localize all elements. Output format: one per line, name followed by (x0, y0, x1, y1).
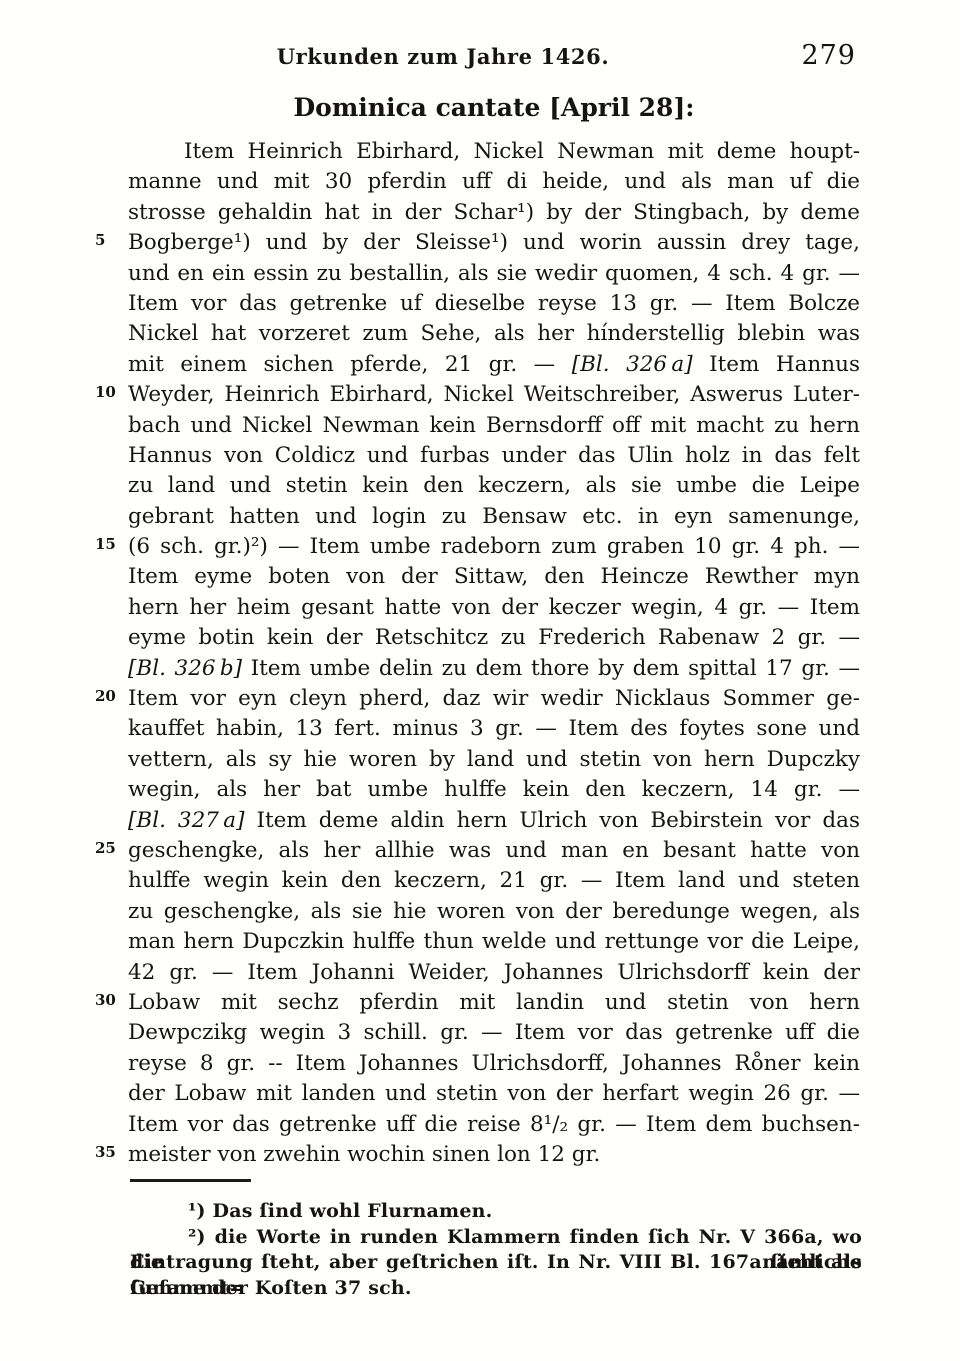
section-heading: Dominica cantate [April 28]: (128, 93, 860, 122)
footnote-line: ſumme der Koſten 37 sch. (130, 1276, 862, 1302)
text-segment: Bogberge¹) und by der Sleisse¹) und wori… (128, 230, 860, 255)
text-segment: Lobaw mit sechz pferdin mit landin und s… (128, 990, 860, 1015)
text-line: zu land und stetin kein den keczern, als… (128, 471, 860, 501)
text-line: 30Lobaw mit sechz pferdin mit landin und… (128, 988, 860, 1018)
text-line: strosse gehaldin hat in der Schar¹) by d… (128, 198, 860, 228)
text-line: kauffet habin, 13 fert. minus 3 gr. — It… (128, 714, 860, 744)
text-segment: vettern, als sy hie woren by land und st… (128, 747, 860, 772)
text-line: 10Weyder, Heinrich Ebirhard, Nickel Weit… (128, 380, 860, 410)
text-line: gebrant hatten und login zu Bensaw etc. … (128, 502, 860, 532)
text-line: hulffe wegin kein den keczern, 21 gr. — … (128, 866, 860, 896)
text-line: Item Heinrich Ebirhard, Nickel Newman mi… (128, 137, 860, 167)
text-segment: man hern Dupczkin hulffe thun welde und … (128, 929, 860, 954)
text-segment: Item vor das getrenke uff die reise 8¹/₂… (128, 1112, 860, 1137)
text-segment: Item Hannus (693, 352, 860, 377)
text-line: Item vor das getrenke uff die reise 8¹/₂… (128, 1110, 860, 1140)
text-segment: mit einem sichen pferde, 21 gr. — (128, 352, 572, 377)
margin-line-number: 15 (95, 529, 116, 559)
footnote-line: ¹) Das ſind wohl Flurnamen. (130, 1199, 862, 1225)
margin-line-number: 20 (95, 681, 116, 711)
text-segment: Nickel hat vorzeret zum Sehe, als her hí… (128, 321, 860, 346)
blatt-reference: [Bl. 326 b] (128, 656, 242, 681)
text-line: mit einem sichen pferde, 21 gr. — [Bl. 3… (128, 350, 860, 380)
text-line: vettern, als sy hie woren by land und st… (128, 745, 860, 775)
text-segment: reyse 8 gr. -- Item Johannes Ulrichsdorf… (128, 1051, 860, 1076)
text-line: 35meister von zwehin wochin sinen lon 12… (128, 1140, 860, 1170)
text-line: hern her heim gesant hatte von der kecze… (128, 593, 860, 623)
margin-line-number: 30 (95, 985, 116, 1015)
text-line: wegin, als her bat umbe hulffe kein den … (128, 775, 860, 805)
text-line: 42 gr. — Item Johanni Weider, Johannes U… (128, 958, 860, 988)
text-line: der Lobaw mit landen und stetin von der … (128, 1079, 860, 1109)
text-segment: Item eyme boten von der Sittaw, den Hein… (128, 564, 860, 589)
blatt-reference: [Bl. 326 a] (572, 352, 693, 377)
scanned-document-page: Urkunden zum Jahre 1426. 279 Dominica ca… (0, 0, 960, 1361)
text-line: 15(6 sch. gr.)²) — Item umbe radeborn zu… (128, 532, 860, 562)
text-segment: der Lobaw mit landen und stetin von der … (128, 1081, 860, 1106)
text-segment: Item vor eyn cleyn pherd, daz wir wedir … (128, 686, 860, 711)
margin-line-number: 10 (95, 377, 116, 407)
text-line: reyse 8 gr. -- Item Johannes Ulrichsdorf… (128, 1049, 860, 1079)
text-line: 5Bogberge¹) und by der Sleisse¹) und wor… (128, 228, 860, 258)
text-line: Item eyme boten von der Sittaw, den Hein… (128, 562, 860, 592)
text-segment: hulffe wegin kein den keczern, 21 gr. — … (128, 868, 860, 893)
text-line: manne und mit 30 pferdin uff di heide, u… (128, 167, 860, 197)
text-line: [Bl. 326 b] Item umbe delin zu dem thore… (128, 654, 860, 684)
text-segment: geschengke, als her allhie was und man e… (128, 838, 860, 863)
text-segment: gebrant hatten und login zu Bensaw etc. … (128, 504, 860, 529)
margin-line-number: 25 (95, 833, 116, 863)
text-segment: kauffet habin, 13 fert. minus 3 gr. — It… (128, 716, 860, 741)
text-line: eyme botin kein der Retschitcz zu Freder… (128, 623, 860, 653)
page-number: 279 (801, 40, 856, 71)
text-line: Item vor das getrenke uf dieselbe reyse … (128, 289, 860, 319)
text-segment: (6 sch. gr.)²) — Item umbe radeborn zum … (128, 534, 860, 559)
text-segment: wegin, als her bat umbe hulffe kein den … (128, 777, 860, 802)
text-line: Dewpczikg wegin 3 schill. gr. — Item vor… (128, 1018, 860, 1048)
text-segment: hern her heim gesant hatte von der kecze… (128, 595, 860, 620)
text-segment: strosse gehaldin hat in der Schar¹) by d… (128, 200, 860, 225)
text-line: Hannus von Coldicz und furbas under das … (128, 441, 860, 471)
text-segment: Item Heinrich Ebirhard, Nickel Newman mi… (184, 139, 860, 164)
text-line: [Bl. 327 a] Item deme aldin hern Ulrich … (128, 806, 860, 836)
footnote-separator-rule (130, 1179, 251, 1182)
running-head-title: Urkunden zum Jahre 1426. (0, 44, 886, 69)
footnote-line: ²) die Worte in runden Klammern finden ſ… (130, 1225, 862, 1251)
margin-line-number: 5 (95, 225, 105, 255)
text-segment: Weyder, Heinrich Ebirhard, Nickel Weitsc… (128, 382, 860, 407)
text-line: bach und Nickel Newman kein Bernsdorff o… (128, 411, 860, 441)
text-segment: bach und Nickel Newman kein Bernsdorff o… (128, 413, 860, 438)
margin-line-number: 35 (95, 1137, 116, 1167)
body-text: Item Heinrich Ebirhard, Nickel Newman mi… (128, 137, 860, 1170)
text-line: man hern Dupczkin hulffe thun welde und … (128, 927, 860, 957)
text-segment: Item umbe delin zu dem thore by dem spit… (242, 656, 860, 681)
footnotes-block: ¹) Das ſind wohl Flurnamen.²) die Worte … (130, 1199, 862, 1301)
footnote-line: Eintragung ſteht, aber geſtrichen iſt. I… (130, 1250, 862, 1276)
text-segment: eyme botin kein der Retschitcz zu Freder… (128, 625, 860, 650)
text-line: zu geschengke, als sie hie woren von der… (128, 897, 860, 927)
text-segment: und en ein essin zu bestallin, als sie w… (128, 261, 860, 286)
text-line: 25geschengke, als her allhie was und man… (128, 836, 860, 866)
text-segment: Dewpczikg wegin 3 schill. gr. — Item vor… (128, 1020, 860, 1045)
text-segment: Item vor das getrenke uf dieselbe reyse … (128, 291, 860, 316)
text-segment: 42 gr. — Item Johanni Weider, Johannes U… (128, 960, 860, 985)
text-segment: zu geschengke, als sie hie woren von der… (128, 899, 860, 924)
text-line: 20Item vor eyn cleyn pherd, daz wir wedi… (128, 684, 860, 714)
text-segment: manne und mit 30 pferdin uff di heide, u… (128, 169, 860, 194)
blatt-reference: [Bl. 327 a] (128, 808, 244, 833)
text-segment: meister von zwehin wochin sinen lon 12 g… (128, 1142, 600, 1167)
text-line: und en ein essin zu bestallin, als sie w… (128, 259, 860, 289)
text-segment: Item deme aldin hern Ulrich von Bebirste… (244, 808, 860, 833)
text-segment: zu land und stetin kein den keczern, als… (128, 473, 860, 498)
text-line: Nickel hat vorzeret zum Sehe, als her hí… (128, 319, 860, 349)
text-segment: Hannus von Coldicz und furbas under das … (128, 443, 860, 468)
